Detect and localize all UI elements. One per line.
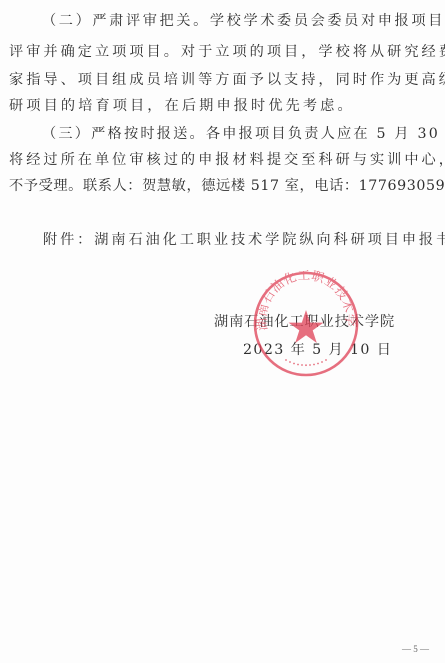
page-number: — 5 — <box>402 643 429 655</box>
paragraph-line: （二）严肃评审把关。学校学术委员会委员对申报项目进行 <box>42 11 425 31</box>
paragraph-line: 家指导、项目组成员培训等方面予以支持，同时作为更高级别科 <box>9 70 425 90</box>
paragraph-line: 将经过所在单位审核过的申报材料提交至科研与实训中心，逾期 <box>9 150 425 170</box>
seal-serial-dots <box>285 359 327 366</box>
paragraph-line: （三）严格按时报送。各申报项目负责人应在 5 月 30 日前 <box>42 124 425 144</box>
attachment-line: 附件：湖南石油化工职业技术学院纵向科研项目申报书 <box>43 230 445 250</box>
signature-organization: 湖南石油化工职业技术学院 <box>214 312 395 332</box>
document-page: （二）严肃评审把关。学校学术委员会委员对申报项目进行 评审并确定立项项目。对于立… <box>0 0 445 663</box>
signature-date: 2023 年 5 月 10 日 <box>243 340 392 360</box>
paragraph-line: 研项目的培育项目，在后期申报时优先考虑。 <box>9 96 425 116</box>
paragraph-line: 评审并确定立项项目。对于立项的项目，学校将从研究经费、专 <box>9 42 425 62</box>
paragraph-line: 不予受理。联系人：贺慧敏，德远楼 517 室，电话：17769305945。 <box>9 176 425 196</box>
